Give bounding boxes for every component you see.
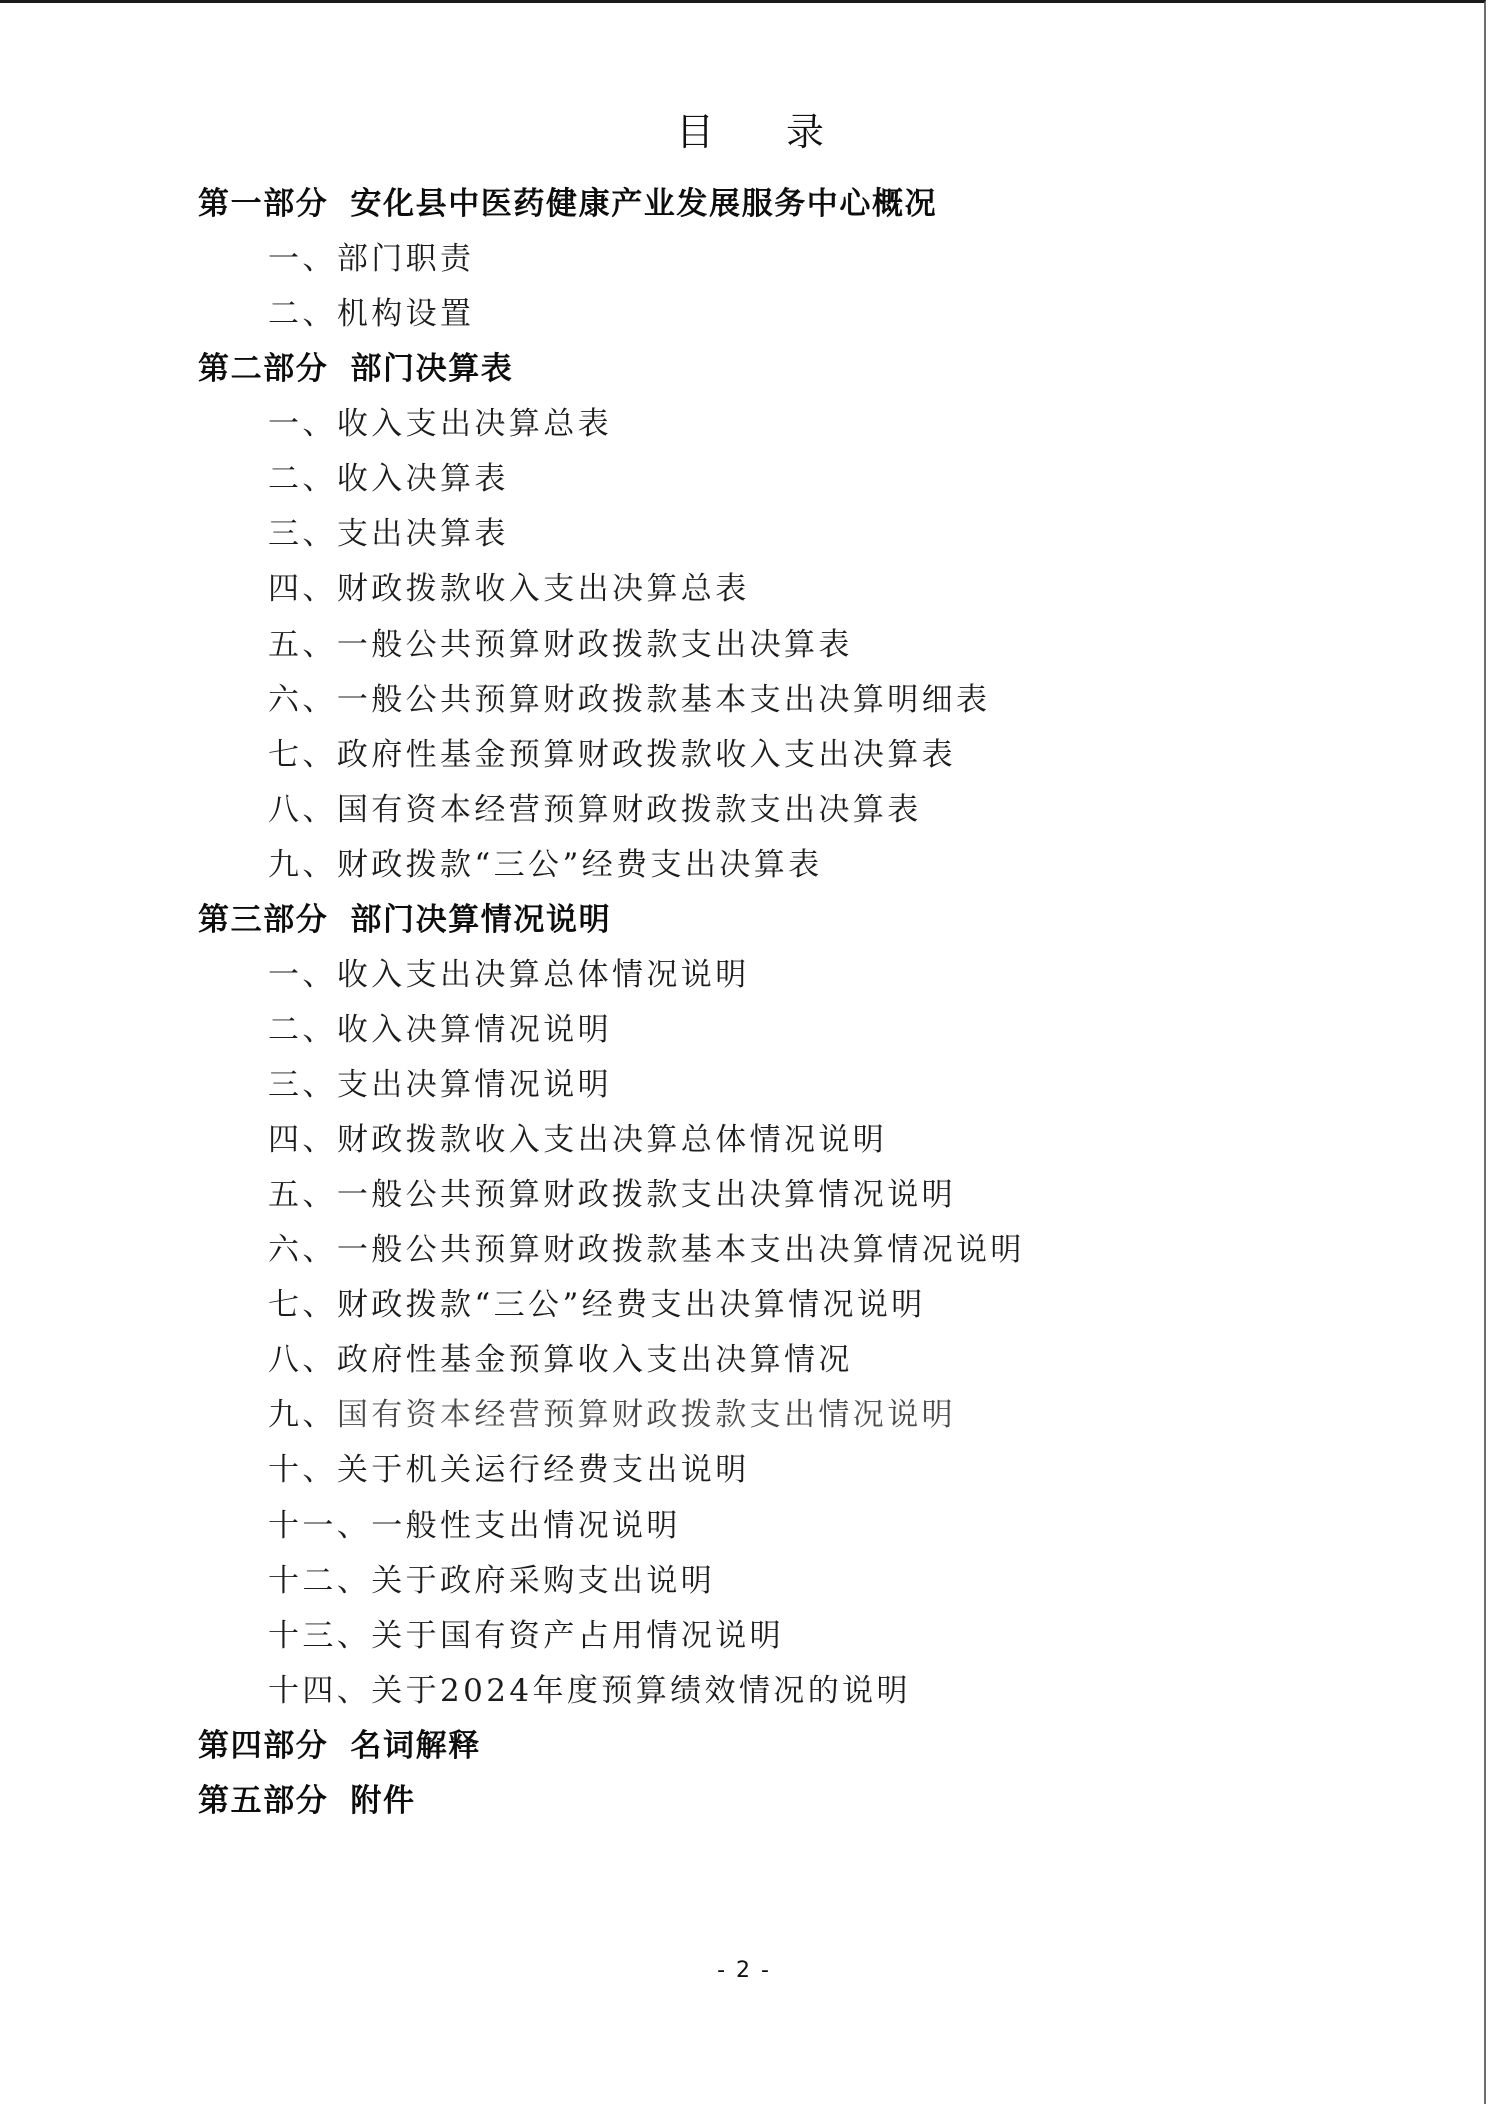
- item-text: 收入支出决算总表: [337, 397, 612, 452]
- item-text: 支出决算表: [337, 507, 509, 562]
- page-title: 目录: [0, 107, 1488, 157]
- part-title: 附件: [350, 1774, 415, 1829]
- toc-part-5[interactable]: 第五部分附件: [198, 1774, 1025, 1829]
- item-number: 四、: [268, 562, 337, 617]
- toc-item[interactable]: 八、政府性基金预算收入支出决算情况: [198, 1333, 1025, 1388]
- item-text: 机构设置: [337, 287, 475, 342]
- item-number: 二、: [268, 1003, 337, 1058]
- page-number: - 2 -: [0, 1953, 1488, 1989]
- toc-item[interactable]: 九、财政拨款“三公”经费支出决算表: [198, 838, 1025, 893]
- item-text: 财政拨款“三公”经费支出决算表: [337, 838, 823, 893]
- item-number: 二、: [268, 287, 337, 342]
- toc-item[interactable]: 九、国有资本经营预算财政拨款支出情况说明: [198, 1388, 1025, 1443]
- toc-part-2[interactable]: 第二部分部门决算表: [198, 342, 1025, 397]
- item-text: 支出决算情况说明: [337, 1058, 612, 1113]
- item-text: 国有资本经营预算财政拨款支出决算表: [337, 783, 922, 838]
- toc-item[interactable]: 一、收入支出决算总体情况说明: [198, 948, 1025, 1003]
- toc-item[interactable]: 十二、关于政府采购支出说明: [198, 1554, 1025, 1609]
- item-text: 关于政府采购支出说明: [371, 1554, 715, 1609]
- item-number: 三、: [268, 507, 337, 562]
- item-text: 国有资本经营预算财政拨款支出情况说明: [337, 1388, 956, 1443]
- item-number: 十一、: [268, 1499, 371, 1554]
- item-text: 关于国有资产占用情况说明: [371, 1609, 784, 1664]
- item-text: 收入决算表: [337, 452, 509, 507]
- item-text: 财政拨款收入支出决算总表: [337, 562, 750, 617]
- toc-item[interactable]: 一、收入支出决算总表: [198, 397, 1025, 452]
- toc-item[interactable]: 七、政府性基金预算财政拨款收入支出决算表: [198, 728, 1025, 783]
- document-page: 目录 第一部分安化县中医药健康产业发展服务中心概况 一、部门职责 二、机构设置 …: [0, 0, 1486, 2104]
- toc-item[interactable]: 四、财政拨款收入支出决算总体情况说明: [198, 1113, 1025, 1168]
- part-number: 第三部分: [198, 893, 328, 948]
- item-number: 二、: [268, 452, 337, 507]
- toc-item[interactable]: 一、部门职责: [198, 232, 1025, 287]
- item-number: 九、: [268, 1388, 337, 1443]
- item-number: 五、: [268, 1168, 337, 1223]
- part-title: 安化县中医药健康产业发展服务中心概况: [350, 177, 937, 232]
- toc-item[interactable]: 四、财政拨款收入支出决算总表: [198, 562, 1025, 617]
- item-number: 十四、: [268, 1664, 371, 1719]
- toc-part-3[interactable]: 第三部分部门决算情况说明: [198, 893, 1025, 948]
- item-text: 一般公共预算财政拨款支出决算情况说明: [337, 1168, 956, 1223]
- toc-item[interactable]: 六、一般公共预算财政拨款基本支出决算明细表: [198, 673, 1025, 728]
- toc-item[interactable]: 三、支出决算表: [198, 507, 1025, 562]
- item-number: 一、: [268, 397, 337, 452]
- item-text: 收入决算情况说明: [337, 1003, 612, 1058]
- item-text: 政府性基金预算收入支出决算情况: [337, 1333, 853, 1388]
- title-char-2: 录: [786, 107, 824, 157]
- item-number: 一、: [268, 232, 337, 287]
- item-text: 一般公共预算财政拨款基本支出决算明细表: [337, 673, 991, 728]
- toc-part-4[interactable]: 第四部分名词解释: [198, 1719, 1025, 1774]
- item-number: 一、: [268, 948, 337, 1003]
- table-of-contents: 第一部分安化县中医药健康产业发展服务中心概况 一、部门职责 二、机构设置 第二部…: [198, 177, 1025, 1829]
- toc-part-1[interactable]: 第一部分安化县中医药健康产业发展服务中心概况: [198, 177, 1025, 232]
- part-number: 第二部分: [198, 342, 328, 397]
- item-text: 财政拨款收入支出决算总体情况说明: [337, 1113, 887, 1168]
- item-text: 关于机关运行经费支出说明: [337, 1443, 750, 1498]
- item-text: 部门职责: [337, 232, 475, 287]
- item-number: 十、: [268, 1443, 337, 1498]
- item-number: 十二、: [268, 1554, 371, 1609]
- part-number: 第五部分: [198, 1774, 328, 1829]
- item-number: 七、: [268, 728, 337, 783]
- toc-item[interactable]: 十四、关于2024年度预算绩效情况的说明: [198, 1664, 1025, 1719]
- part-number: 第一部分: [198, 177, 328, 232]
- toc-item[interactable]: 七、财政拨款“三公”经费支出决算情况说明: [198, 1278, 1025, 1333]
- title-char-1: 目: [676, 107, 714, 157]
- toc-item[interactable]: 五、一般公共预算财政拨款支出决算表: [198, 618, 1025, 673]
- part-title: 名词解释: [350, 1719, 480, 1774]
- item-text: 一般性支出情况说明: [371, 1499, 681, 1554]
- toc-item[interactable]: 十三、关于国有资产占用情况说明: [198, 1609, 1025, 1664]
- toc-item[interactable]: 十一、一般性支出情况说明: [198, 1499, 1025, 1554]
- item-number: 五、: [268, 618, 337, 673]
- item-number: 八、: [268, 783, 337, 838]
- item-number: 六、: [268, 673, 337, 728]
- item-number: 十三、: [268, 1609, 371, 1664]
- item-number: 八、: [268, 1333, 337, 1388]
- toc-item[interactable]: 六、一般公共预算财政拨款基本支出决算情况说明: [198, 1223, 1025, 1278]
- toc-item[interactable]: 二、收入决算情况说明: [198, 1003, 1025, 1058]
- toc-item[interactable]: 五、一般公共预算财政拨款支出决算情况说明: [198, 1168, 1025, 1223]
- toc-item[interactable]: 二、收入决算表: [198, 452, 1025, 507]
- toc-item[interactable]: 三、支出决算情况说明: [198, 1058, 1025, 1113]
- part-title: 部门决算表: [350, 342, 513, 397]
- toc-item[interactable]: 十、关于机关运行经费支出说明: [198, 1443, 1025, 1498]
- item-text: 政府性基金预算财政拨款收入支出决算表: [337, 728, 956, 783]
- item-number: 三、: [268, 1058, 337, 1113]
- item-number: 七、: [268, 1278, 337, 1333]
- item-number: 九、: [268, 838, 337, 893]
- item-text: 关于2024年度预算绩效情况的说明: [371, 1664, 911, 1719]
- item-text: 收入支出决算总体情况说明: [337, 948, 750, 1003]
- toc-item[interactable]: 二、机构设置: [198, 287, 1025, 342]
- toc-item[interactable]: 八、国有资本经营预算财政拨款支出决算表: [198, 783, 1025, 838]
- part-number: 第四部分: [198, 1719, 328, 1774]
- item-text: 一般公共预算财政拨款基本支出决算情况说明: [337, 1223, 1025, 1278]
- item-text: 财政拨款“三公”经费支出决算情况说明: [337, 1278, 926, 1333]
- part-title: 部门决算情况说明: [350, 893, 611, 948]
- item-text: 一般公共预算财政拨款支出决算表: [337, 618, 853, 673]
- item-number: 四、: [268, 1113, 337, 1168]
- item-number: 六、: [268, 1223, 337, 1278]
